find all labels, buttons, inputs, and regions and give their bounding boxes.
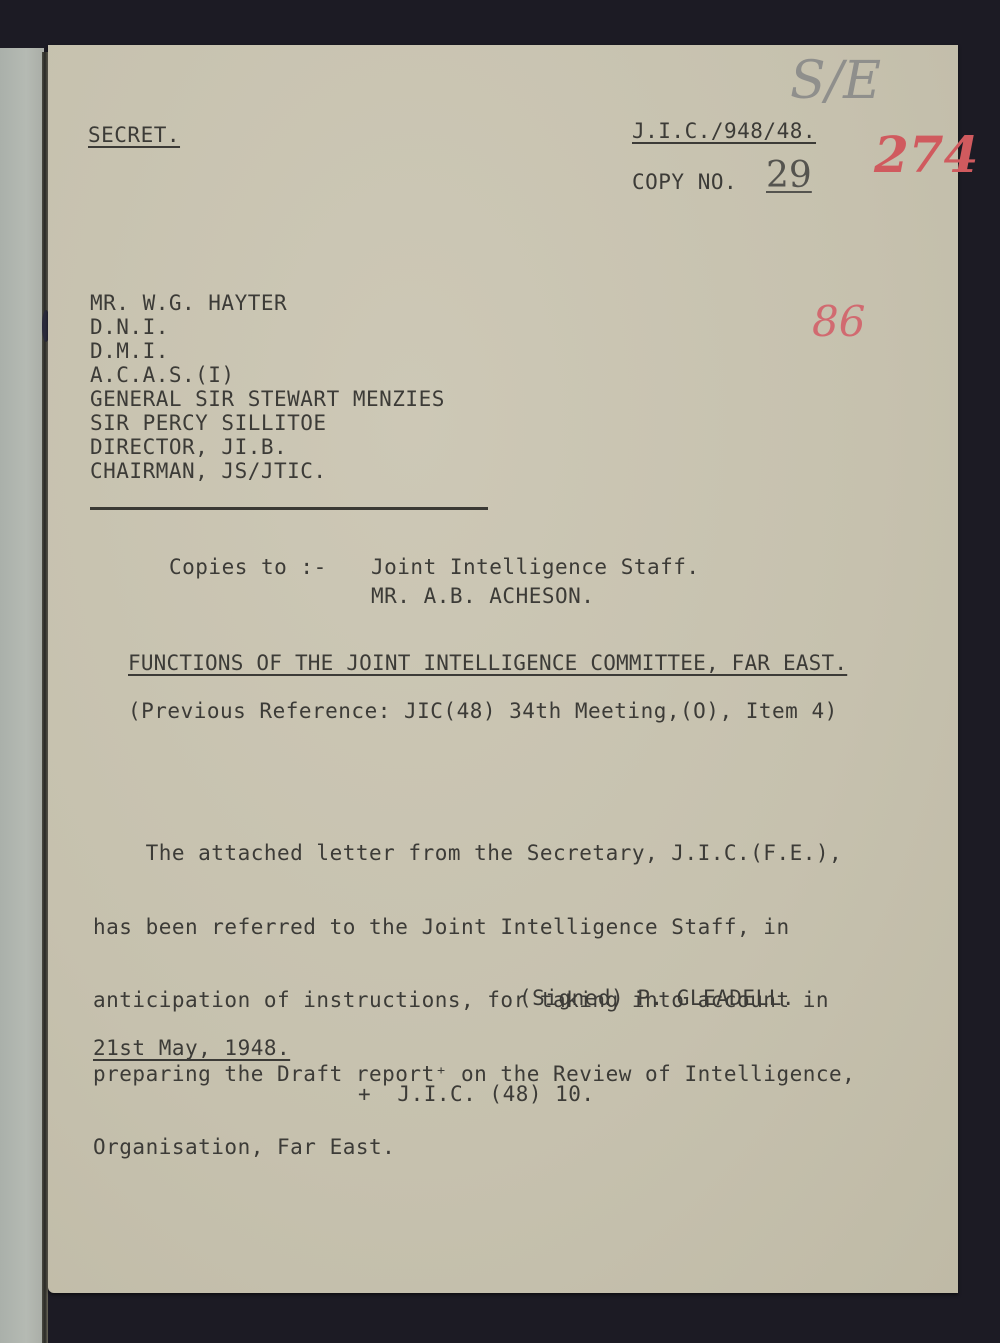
classification-marking: SECRET. (88, 123, 180, 147)
recipient: DIRECTOR, JI.B. (90, 435, 287, 459)
document-date: 21st May, 1948. (93, 1036, 290, 1060)
copy-number-value: 29 (766, 155, 812, 196)
previous-reference: (Previous Reference: JIC(48) 34th Meetin… (128, 699, 838, 723)
red-folio-number: 274 (874, 125, 978, 184)
document-title: FUNCTIONS OF THE JOINT INTELLIGENCE COMM… (128, 651, 847, 675)
red-annotation-number: 86 (812, 297, 865, 346)
recipient: A.C.A.S.(I) (90, 363, 235, 387)
copy-number-label: COPY NO. (632, 170, 737, 194)
recipient: D.N.I. (90, 315, 169, 339)
document-page: SECRET. S/E J.I.C./948/48. COPY NO. 29 2… (48, 45, 958, 1293)
adjacent-page-edge (0, 48, 44, 1343)
body-line: has been referred to the Joint Intellige… (93, 915, 953, 940)
footnote: + J.I.C. (48) 10. (358, 1082, 595, 1106)
signature: (Signed) P. GLEADELL. (519, 986, 795, 1010)
body-line: The attached letter from the Secretary, … (93, 841, 953, 866)
recipient: CHAIRMAN, JS/JTIC. (90, 459, 327, 483)
recipient: MR. W.G. HAYTER (90, 291, 287, 315)
copies-to-label: Copies to :- (169, 555, 327, 579)
document-reference: J.I.C./948/48. (632, 119, 816, 143)
separator-rule (90, 507, 488, 510)
recipient: GENERAL SIR STEWART MENZIES (90, 387, 445, 411)
copies-to-recipient: Joint Intelligence Staff. (371, 555, 700, 579)
body-line: Organisation, Far East. (93, 1135, 953, 1160)
copies-to-recipient: MR. A.B. ACHESON. (371, 584, 594, 608)
recipient: D.M.I. (90, 339, 169, 363)
pencil-annotation: S/E (790, 51, 881, 111)
recipient: SIR PERCY SILLITOE (90, 411, 327, 435)
